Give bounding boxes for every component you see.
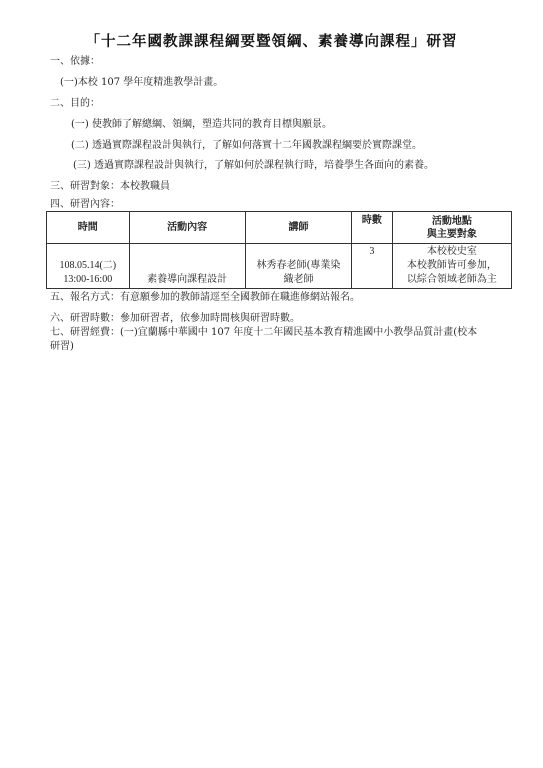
cell-speaker-line2: 織老師 <box>246 273 351 287</box>
cell-speaker-line1: 林秀春老師(專業染 <box>246 259 351 273</box>
header-hours: 時數 <box>352 212 392 244</box>
section-registration: 五、報名方式：有意願參加的教師請逕至全國教師在職進修網站報名。 <box>50 292 360 304</box>
header-location-line1: 活動地點 <box>393 215 511 228</box>
cell-datetime: 108.05.14(二) 13:00-16:00 <box>47 244 130 289</box>
table-header-row: 時間 活動內容 講師 時數 活動地點 與主要對象 <box>47 212 512 244</box>
schedule-table: 時間 活動內容 講師 時數 活動地點 與主要對象 108.05.14(二) 13… <box>46 211 512 289</box>
section-funding-line1: 七、研習經費：(一)宜蘭縣中華國中 107 年度十二年國民基本教育精進國中小教學… <box>50 327 477 339</box>
header-activity: 活動內容 <box>129 212 245 244</box>
header-speaker: 講師 <box>245 212 351 244</box>
header-location-line2: 與主要對象 <box>393 228 511 241</box>
basis-item-1: (一)本校 107 學年度精進教學計畫。 <box>60 77 223 89</box>
section-funding-line2: 研習) <box>50 341 74 353</box>
section-purpose-heading: 二、目的： <box>50 98 100 110</box>
section-hours: 六、研習時數：參加研習者，依參加時間核與研習時數。 <box>50 313 300 325</box>
cell-time: 13:00-16:00 <box>47 273 129 287</box>
cell-location-line1: 本校校史室 <box>393 245 511 259</box>
cell-location-line3: 以綜合領域老師為主 <box>393 273 511 287</box>
table-row: 108.05.14(二) 13:00-16:00 素養導向課程設計 林秀春老師(… <box>47 244 512 289</box>
purpose-item-2: (二) 透過實際課程設計與執行，了解如何落實十二年國教課程綱要於實際課堂。 <box>71 140 422 152</box>
purpose-item-1: (一) 使教師了解總綱、領綱，塑造共同的教育目標與願景。 <box>71 119 332 131</box>
section-content-heading: 四、研習內容： <box>50 199 120 211</box>
purpose-item-3: (三) 透過實際課程設計與執行，了解如何於課程執行時，培養學生各面向的素養。 <box>73 160 434 172</box>
header-location: 活動地點 與主要對象 <box>392 212 511 244</box>
cell-activity: 素養導向課程設計 <box>129 244 245 289</box>
cell-speaker: 林秀春老師(專業染 織老師 <box>245 244 351 289</box>
section-audience: 三、研習對象：本校教職員 <box>50 181 170 193</box>
cell-hours: 3 <box>352 244 392 289</box>
cell-date: 108.05.14(二) <box>47 259 129 273</box>
cell-location: 本校校史室 本校教師皆可參加， 以綜合領域老師為主 <box>392 244 511 289</box>
document-page: 「十二年國教課課程綱要暨領綱、素養導向課程」研習 一、依據： (一)本校 107… <box>0 0 543 768</box>
section-basis-heading: 一、依據： <box>50 56 100 68</box>
header-time: 時間 <box>47 212 130 244</box>
document-title: 「十二年國教課課程綱要暨領綱、素養導向課程」研習 <box>0 30 543 51</box>
cell-location-line2: 本校教師皆可參加， <box>393 259 511 273</box>
